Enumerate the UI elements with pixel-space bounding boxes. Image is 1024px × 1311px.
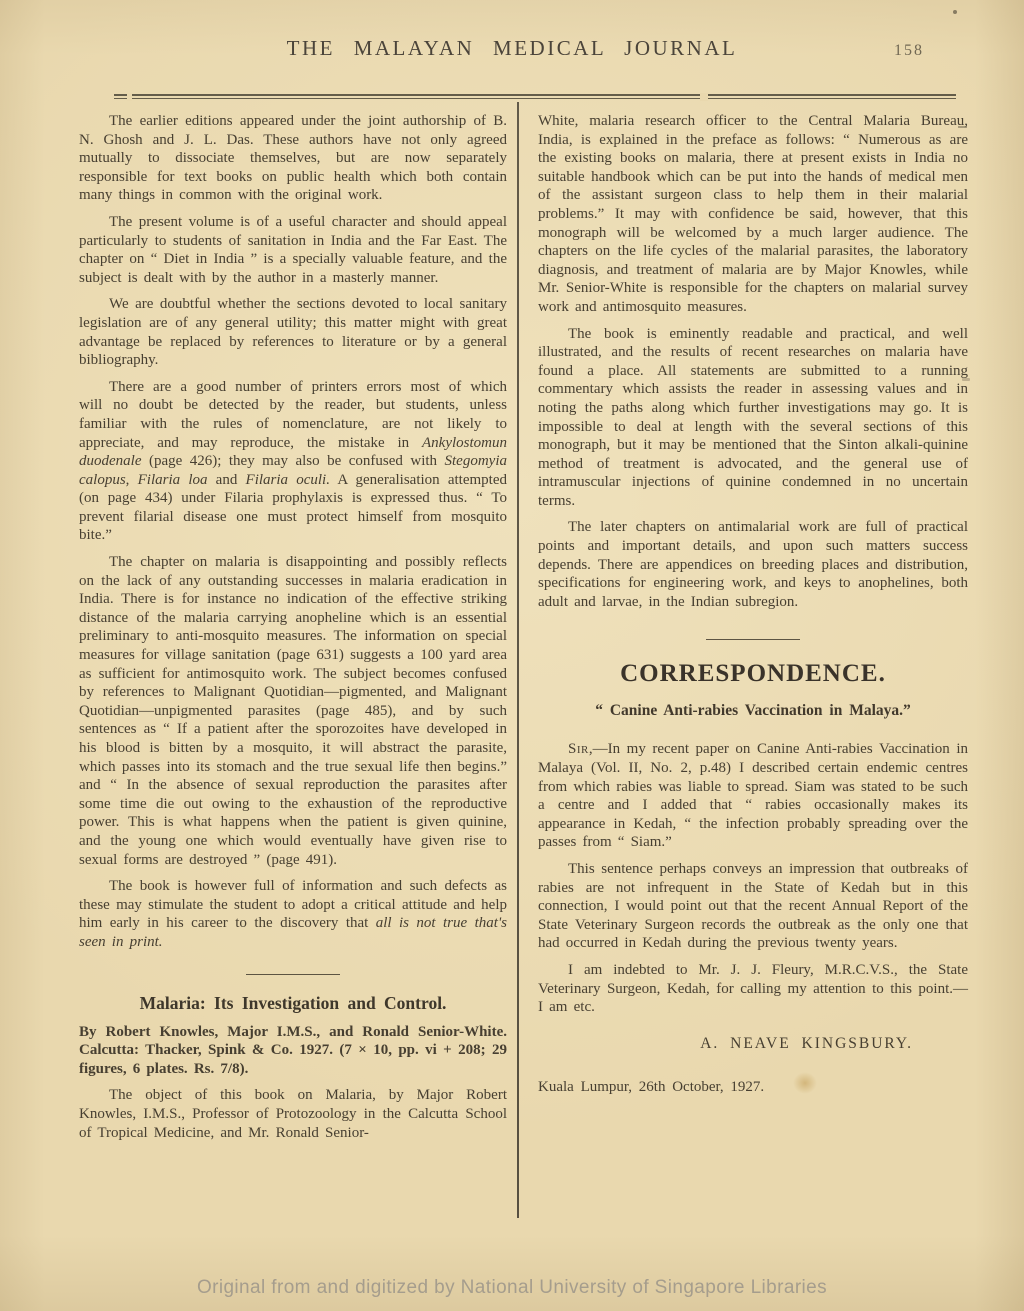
book-citation: By Robert Knowles, Major I.M.S., and Ron… <box>79 1023 507 1079</box>
digitization-credit: Original from and digitized by National … <box>0 1277 1024 1299</box>
scan-artifact <box>962 378 970 381</box>
paragraph: The object of this book on Malaria, by M… <box>79 1086 507 1142</box>
paragraph: The book is however full of information … <box>79 877 507 951</box>
scan-stain <box>793 1072 817 1094</box>
paragraph: We are doubtful whether the sections dev… <box>79 295 507 369</box>
paragraph: There are a good number of printers erro… <box>79 378 507 545</box>
correspondence-heading: CORRESPONDENCE. <box>538 660 968 688</box>
rule-gap <box>127 93 132 101</box>
letter-signature: A. NEAVE KINGSBURY. <box>538 1035 968 1053</box>
book-review-continuation-text: The earlier editions appeared under the … <box>79 112 507 952</box>
scan-artifact <box>953 10 957 14</box>
book-review-heading: Malaria: Its Investigation and Control. <box>79 993 507 1014</box>
paragraph: The later chapters on antimalarial work … <box>538 518 968 611</box>
letter-body: Sir,—In my recent paper on Canine Anti-r… <box>538 740 968 1016</box>
scan-artifact <box>958 126 967 128</box>
left-column: The earlier editions appeared under the … <box>79 112 507 1150</box>
book-review-text: The object of this book on Malaria, by M… <box>79 1086 507 1142</box>
paragraph: White, malaria research officer to the C… <box>538 112 968 317</box>
paragraph: The present volume is of a useful charac… <box>79 213 507 287</box>
letter-place-date: Kuala Lumpur, 26th October, 1927. <box>538 1079 968 1096</box>
paragraph: The chapter on malaria is disappointing … <box>79 553 507 869</box>
paragraph: The book is eminently readable and pract… <box>538 325 968 511</box>
paragraph: The earlier editions appeared under the … <box>79 112 507 205</box>
section-divider-rule <box>706 639 800 640</box>
paragraph: I am indebted to Mr. J. J. Fleury, M.R.C… <box>538 961 968 1017</box>
book-review-continued-text: White, malaria research officer to the C… <box>538 112 968 611</box>
column-divider-rule <box>517 102 519 1218</box>
page-number: 158 <box>894 42 924 60</box>
rule-gap <box>700 93 708 101</box>
paragraph: This sentence perhaps conveys an impress… <box>538 860 968 953</box>
paragraph: Sir,—In my recent paper on Canine Anti-r… <box>538 740 968 852</box>
header-double-rule <box>114 94 956 99</box>
right-column: White, malaria research officer to the C… <box>538 112 968 1096</box>
journal-title: THE MALAYAN MEDICAL JOURNAL <box>0 36 1024 61</box>
section-divider-rule <box>246 974 340 975</box>
paragraph: By Robert Knowles, Major I.M.S., and Ron… <box>79 1023 507 1079</box>
letter-title: “ Canine Anti-rabies Vaccination in Mala… <box>538 702 968 720</box>
